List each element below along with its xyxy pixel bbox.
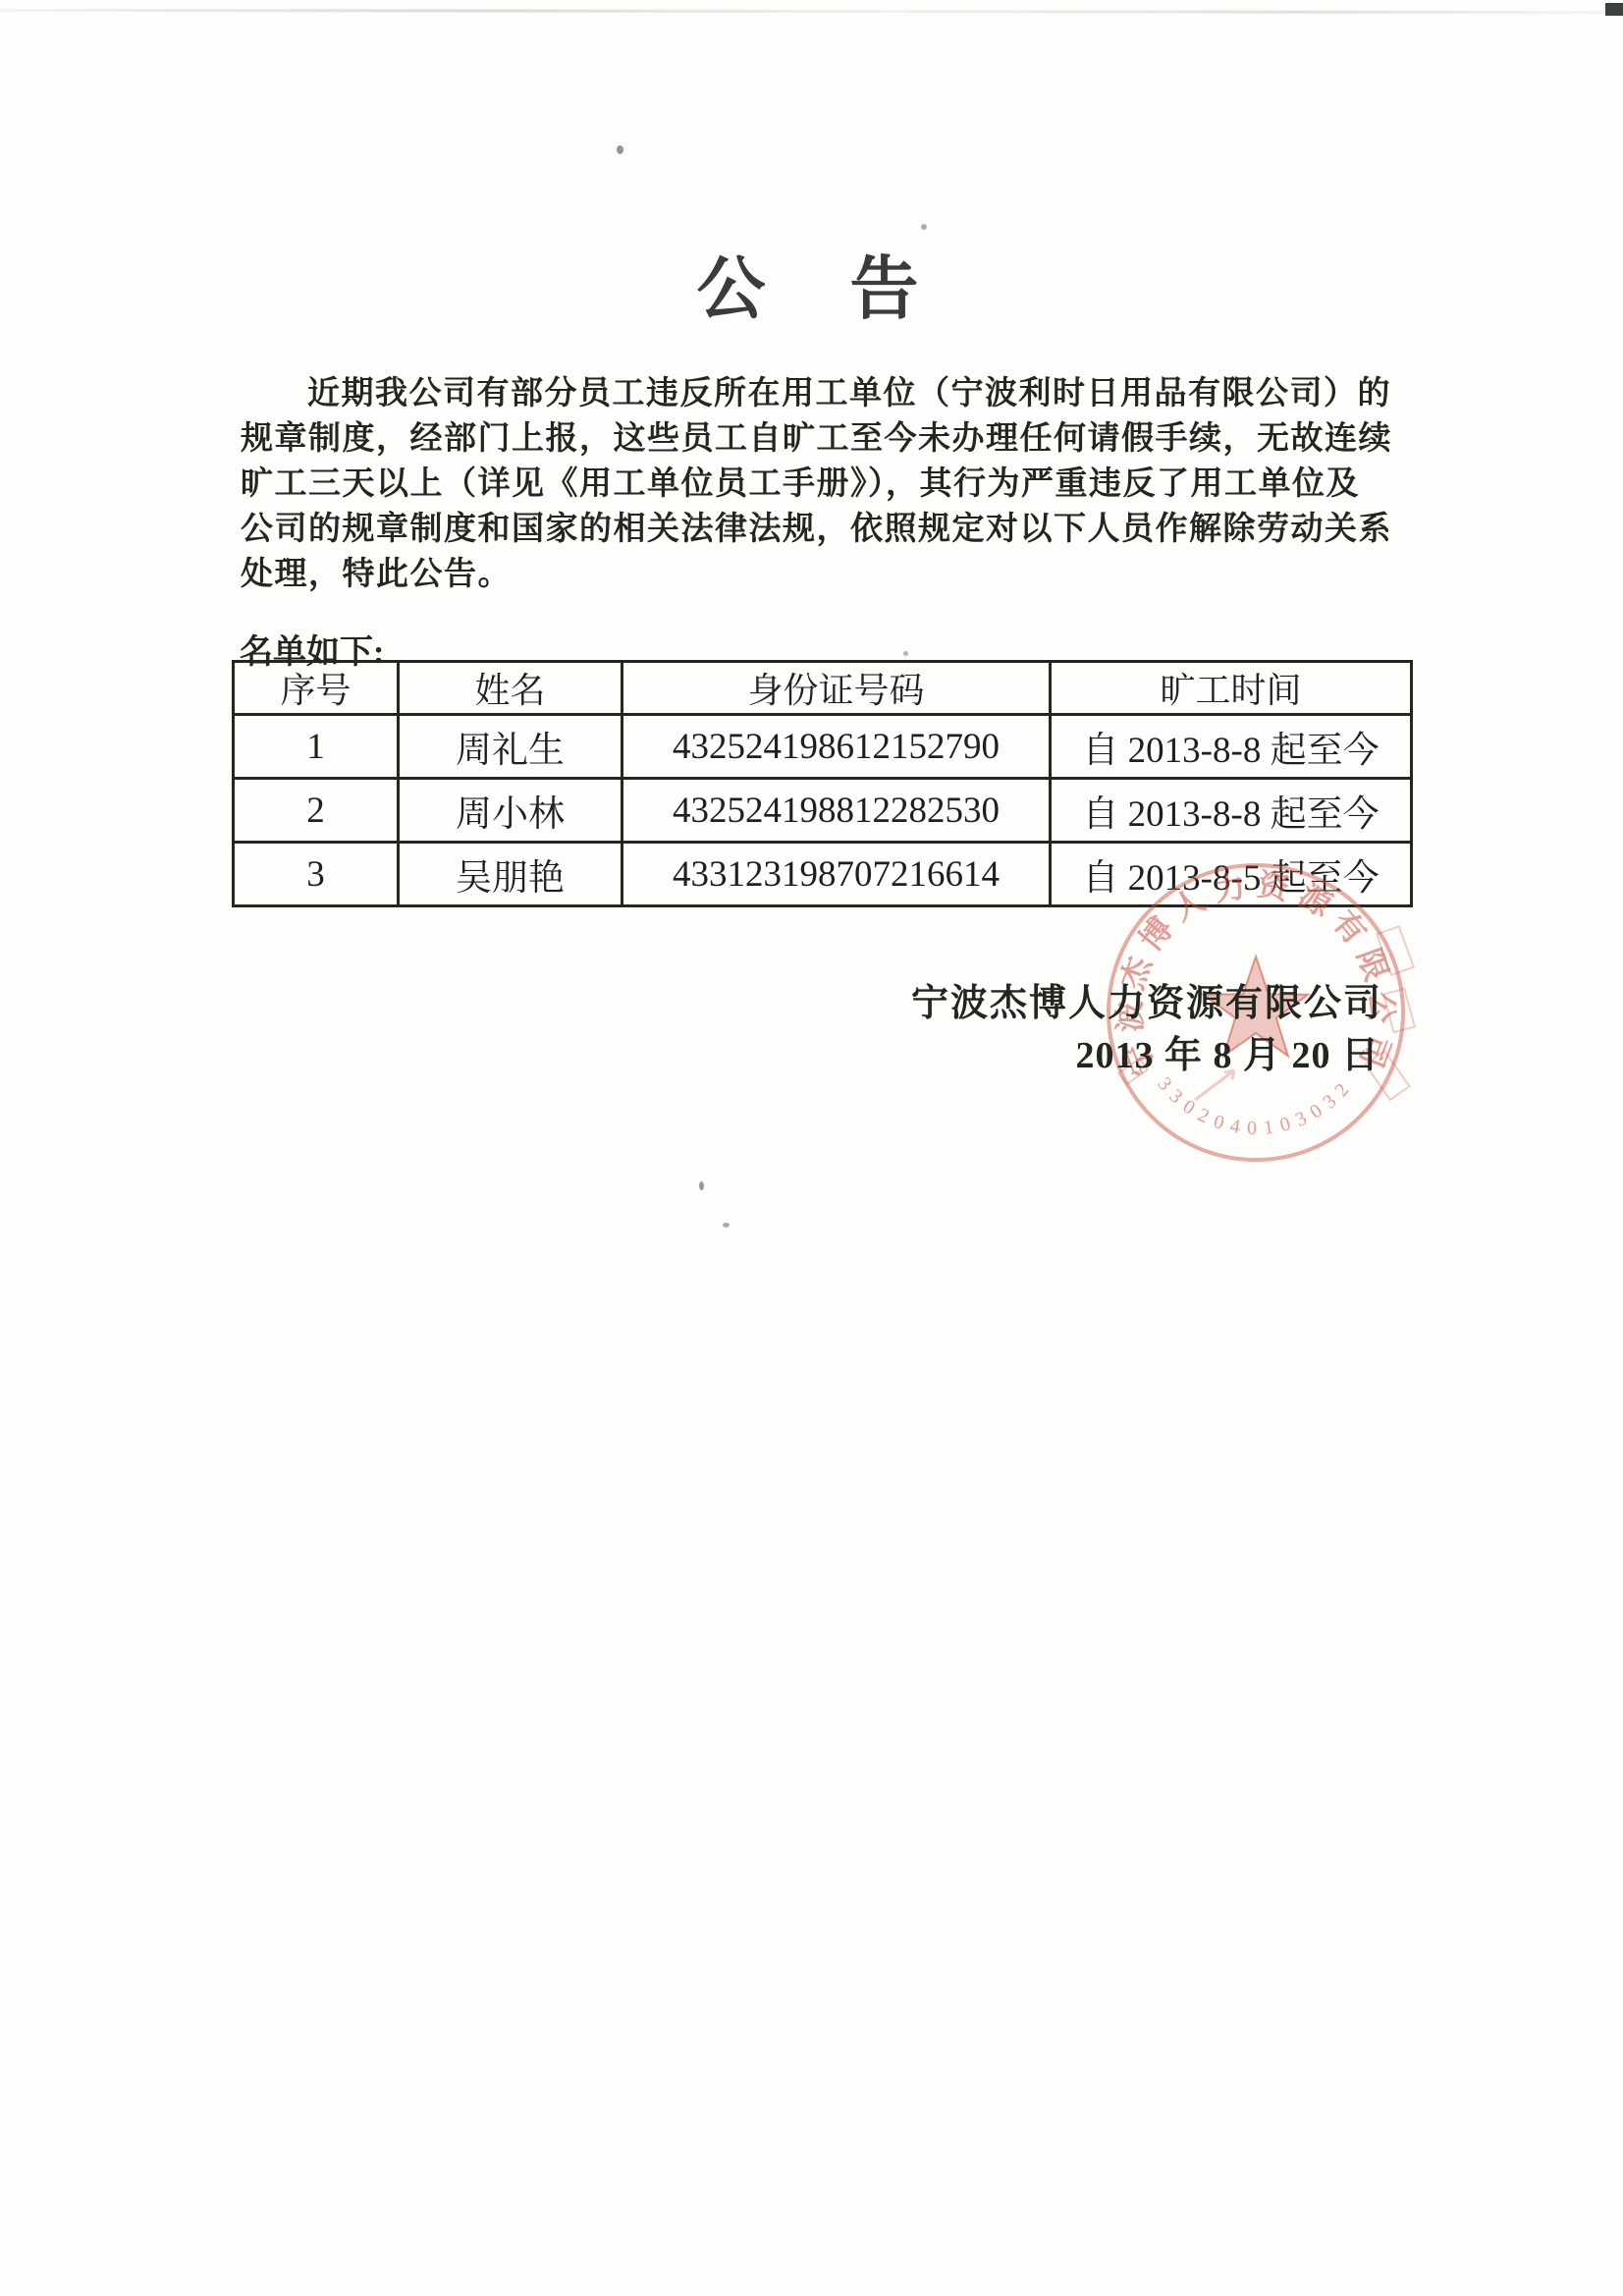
col-header-id-number: 身份证号码 bbox=[622, 662, 1051, 715]
cell-absence-period: 自 2013-8-8 起至今 bbox=[1051, 779, 1412, 843]
paragraph-line: 近期我公司有部分员工违反所在用工单位（宁波利时日用品有限公司）的 bbox=[241, 367, 1391, 413]
cell-name: 周礼生 bbox=[399, 715, 622, 779]
paragraph-line: 处理，特此公告。 bbox=[241, 548, 512, 594]
col-header-absence-period: 旷工时间 bbox=[1051, 662, 1412, 715]
cell-name: 周小林 bbox=[399, 779, 622, 843]
cell-id-number: 433123198707216614 bbox=[622, 843, 1051, 906]
page-title: 公 告 bbox=[0, 234, 1623, 333]
scan-corner-mark bbox=[1605, 3, 1623, 16]
scanned-announcement-page: 公 告 近期我公司有部分员工违反所在用工单位（宁波利时日用品有限公司）的 规章制… bbox=[0, 0, 1623, 2296]
stamp-serial-text: 3302040103032 bbox=[1153, 1073, 1358, 1139]
signature-company: 宁波杰博人力资源有限公司 bbox=[911, 972, 1382, 1026]
scan-speck bbox=[699, 1181, 704, 1190]
cell-index: 3 bbox=[234, 843, 399, 906]
cell-id-number: 432524198812282530 bbox=[622, 779, 1051, 843]
col-header-name: 姓名 bbox=[399, 662, 622, 715]
cell-name: 吴朋艳 bbox=[399, 843, 622, 906]
signature-date: 2013 年 8 月 20 日 bbox=[1075, 1024, 1380, 1078]
paragraph-line: 规章制度，经部门上报，这些员工自旷工至今未办理任何请假手续，无故连续 bbox=[241, 412, 1392, 459]
table-row: 2 周小林 432524198812282530 自 2013-8-8 起至今 bbox=[234, 779, 1412, 843]
table-header-row: 序号 姓名 身份证号码 旷工时间 bbox=[234, 662, 1412, 715]
scan-speck bbox=[723, 1223, 730, 1228]
cell-id-number: 432524198612152790 bbox=[622, 715, 1051, 779]
scan-speck bbox=[921, 224, 927, 230]
cell-absence-period: 自 2013-8-8 起至今 bbox=[1051, 715, 1412, 779]
table-row: 1 周礼生 432524198612152790 自 2013-8-8 起至今 bbox=[234, 715, 1412, 779]
paragraph-line: 公司的规章制度和国家的相关法律法规，依照规定对以下人员作解除劳动关系 bbox=[241, 503, 1392, 549]
scan-speck bbox=[617, 145, 623, 154]
scan-speck bbox=[903, 651, 908, 656]
col-header-index: 序号 bbox=[234, 662, 399, 715]
cell-index: 2 bbox=[234, 779, 399, 843]
paragraph-line: 旷工三天以上（详见《用工单位员工手册》），其行为严重违反了用工单位及 bbox=[241, 458, 1360, 504]
scan-crease-line bbox=[0, 9, 1623, 14]
cell-index: 1 bbox=[234, 715, 399, 779]
